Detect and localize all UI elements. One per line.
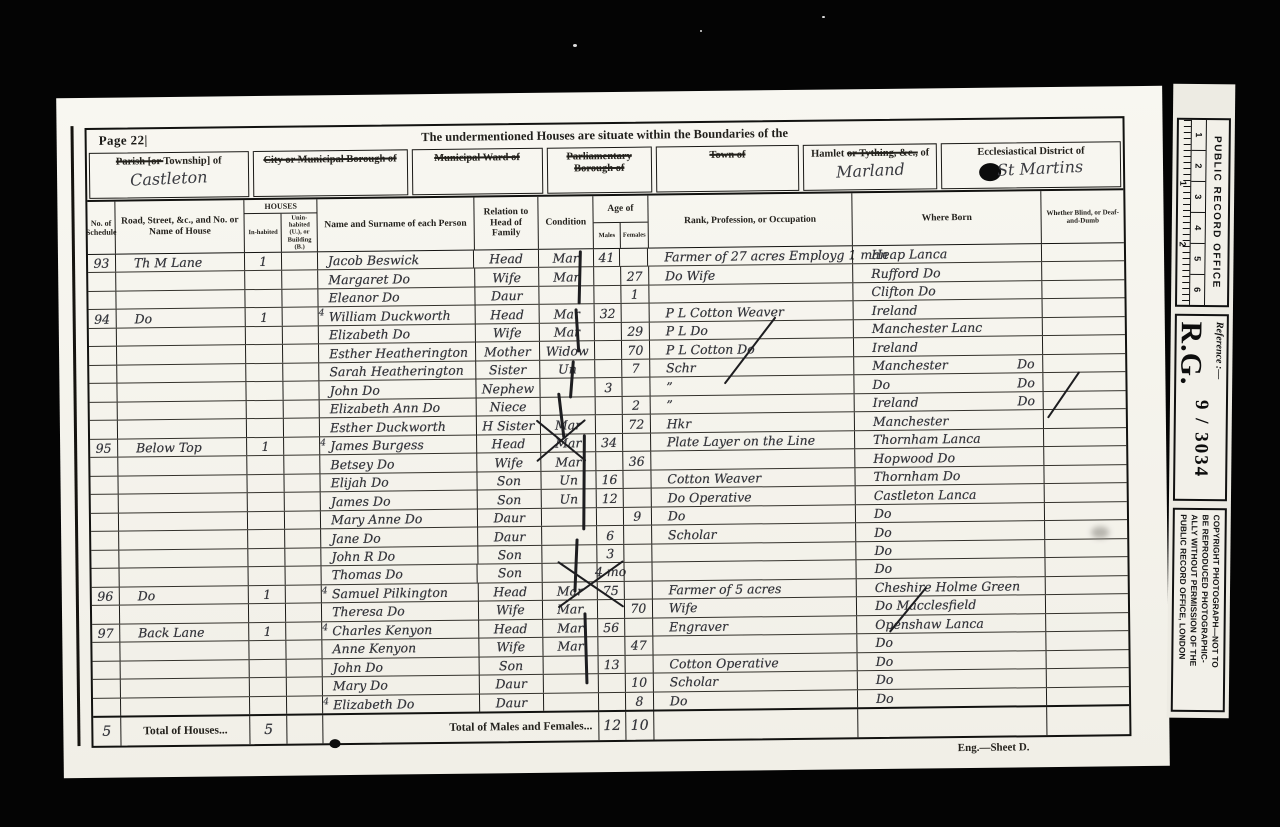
cell-schedule: 93 xyxy=(88,255,115,273)
cell-where-born: Manchester xyxy=(854,410,1043,430)
cell-relation: Wife xyxy=(474,324,539,342)
cell-name: John R Do xyxy=(320,546,477,565)
cell-name: Betsey Do xyxy=(319,454,476,473)
cell-road: Do xyxy=(119,586,249,605)
header-males: Males xyxy=(594,223,620,248)
cell-age-male xyxy=(594,323,621,341)
cell-uninhabited xyxy=(286,640,322,658)
cell-inhabited xyxy=(247,456,284,474)
cell-name: Elizabeth Do xyxy=(318,325,475,344)
person-name: Theresa Do xyxy=(332,604,405,620)
cell-schedule xyxy=(89,329,116,347)
cell-occupation: Plate Layer on the Line xyxy=(650,431,854,451)
cell-relation: Wife xyxy=(477,601,542,619)
birthplace: Do xyxy=(872,376,890,391)
cell-age-female xyxy=(621,378,649,396)
enumerator-mark: 4 xyxy=(322,586,328,596)
ruler-cm-number: 6 xyxy=(1190,274,1204,305)
cell-uninhabited xyxy=(285,548,321,566)
cell-uninhabited xyxy=(283,437,319,455)
cell-name: 4 Elizabeth Do xyxy=(322,694,479,713)
cell-age-female: 2 xyxy=(622,396,650,414)
cell-name: 4 Charles Kenyon xyxy=(321,620,478,639)
cell-condition: Un xyxy=(541,471,596,489)
person-name: Eleanor Do xyxy=(329,290,400,306)
cell-inhabited: 1 xyxy=(248,585,285,603)
cell-name: Esther Duckworth xyxy=(319,417,476,436)
boundary-field-label: Hamlet or Tything, &c., of xyxy=(811,147,929,160)
cell-road: Th M Lane xyxy=(115,253,245,272)
cell-where-born: Do xyxy=(856,558,1045,578)
cell-road xyxy=(117,456,247,475)
cell-schedule xyxy=(90,403,117,421)
cell-road xyxy=(116,364,246,383)
cell-schedule xyxy=(92,569,119,587)
cell-condition: Mar xyxy=(538,249,593,267)
cell-occupation: Schr xyxy=(649,357,853,377)
cell-infirm xyxy=(1045,539,1128,557)
person-name: Jacob Beswick xyxy=(328,252,419,268)
pro-office-title: PUBLIC RECORD OFFICE xyxy=(1204,120,1229,305)
ruler-cm-number: 1 xyxy=(1192,120,1206,150)
cell-relation: Wife xyxy=(476,453,541,471)
cell-age-male xyxy=(598,674,625,692)
cell-infirm xyxy=(1046,687,1129,705)
cell-uninhabited xyxy=(286,677,322,695)
totals-empty-cell xyxy=(653,709,858,739)
cell-where-born: Clifton Do xyxy=(852,281,1041,301)
cell-where-born: Castleton Lanca xyxy=(855,484,1044,504)
cell-road: Back Lane xyxy=(119,623,249,642)
totals-empty-cell xyxy=(1046,706,1129,735)
cell-age-male: 6 xyxy=(596,526,623,544)
boundary-field: Parliamentary Borough of xyxy=(546,147,652,194)
boundary-field-label: Parliamentary Borough of xyxy=(547,151,650,175)
cell-where-born: Do xyxy=(855,521,1044,541)
cell-schedule xyxy=(91,550,118,568)
cell-schedule xyxy=(91,513,118,531)
birthplace: Do xyxy=(876,672,894,687)
birthplace: Do xyxy=(876,691,894,706)
cell-where-born: Do xyxy=(856,632,1045,652)
cell-age-male xyxy=(593,267,620,285)
cell-age-female xyxy=(624,655,652,673)
cell-infirm xyxy=(1043,373,1126,391)
totals-schedule-margin: 5 xyxy=(93,718,120,746)
person-name: James Burgess xyxy=(330,437,424,453)
cell-occupation: Cotton Weaver xyxy=(650,468,854,488)
cell-age-female: 1 xyxy=(620,286,648,304)
birthplace: Do xyxy=(875,635,893,650)
cell-infirm xyxy=(1044,483,1127,501)
cell-where-born: Do xyxy=(857,651,1046,671)
reference-series: R.G. xyxy=(1178,321,1204,385)
cell-age-female xyxy=(623,544,651,562)
total-males-value: 12 xyxy=(598,712,625,740)
cell-schedule xyxy=(92,643,119,661)
cell-name: 4 William Duckworth xyxy=(318,306,475,325)
cell-inhabited xyxy=(249,659,286,677)
cell-age-female xyxy=(624,618,652,636)
cell-infirm xyxy=(1042,299,1125,317)
cell-infirm xyxy=(1045,613,1128,631)
birthplace: Ireland xyxy=(872,302,918,318)
cell-occupation: ” xyxy=(649,394,853,414)
cell-occupation: Scholar xyxy=(651,524,855,544)
cell-age-male xyxy=(594,341,621,359)
cell-inhabited xyxy=(245,327,282,345)
person-name: Elizabeth Do xyxy=(333,696,414,712)
cell-uninhabited xyxy=(284,474,320,492)
header-relation: Relation to Head of Family xyxy=(473,197,538,250)
cell-uninhabited xyxy=(282,363,318,381)
cell-occupation: P L Do xyxy=(649,320,853,340)
pen-stroke xyxy=(582,434,586,530)
cell-schedule xyxy=(88,273,115,291)
cell-inhabited xyxy=(246,419,283,437)
person-name: Elizabeth Ann Do xyxy=(330,400,440,416)
enumerator-mark: 4 xyxy=(322,623,328,633)
header-condition: Condition xyxy=(538,196,593,249)
cell-schedule xyxy=(91,495,118,513)
page-fold-line xyxy=(70,126,80,746)
cell-where-born: Heap Lanca xyxy=(852,244,1041,264)
birthplace: Do xyxy=(874,524,892,539)
cell-inhabited: 1 xyxy=(245,308,282,326)
cell-infirm xyxy=(1046,631,1129,649)
cell-condition: Un xyxy=(539,360,594,378)
total-females-value: 10 xyxy=(625,712,653,740)
cell-relation: Son xyxy=(477,546,542,564)
cell-condition xyxy=(543,693,598,711)
cell-uninhabited xyxy=(281,271,317,289)
cell-condition: Mar xyxy=(539,323,594,341)
cell-where-born: Ireland xyxy=(853,337,1042,357)
cell-infirm xyxy=(1045,594,1128,612)
cell-age-male xyxy=(597,637,624,655)
cell-name: 4 Samuel Pilkington xyxy=(321,583,478,602)
cell-condition: Mar xyxy=(538,268,593,286)
cell-schedule xyxy=(93,661,120,679)
cell-uninhabited xyxy=(286,659,322,677)
cell-uninhabited xyxy=(283,419,319,437)
cell-road xyxy=(118,567,248,586)
birthplace: Cheshire Holme Green xyxy=(875,578,1020,595)
cell-road xyxy=(117,475,247,494)
cell-infirm xyxy=(1043,410,1126,428)
header-females: Females xyxy=(620,223,648,248)
birthplace: Heap Lanca xyxy=(871,246,947,262)
ruler-inch-number: 1 xyxy=(1178,181,1188,186)
person-name: Mary Anne Do xyxy=(331,511,422,527)
cell-name: Sarah Heatherington xyxy=(318,361,475,380)
ruler-cm-number: 5 xyxy=(1190,243,1204,274)
boundary-field: Town of xyxy=(656,145,800,193)
enumerator-mark: 4 xyxy=(323,697,329,707)
cell-infirm xyxy=(1041,243,1124,261)
cell-age-male xyxy=(595,397,622,415)
birthplace: Do xyxy=(876,654,894,669)
cell-where-born: Do xyxy=(857,669,1046,689)
cell-condition xyxy=(540,379,595,397)
cell-where-born: Cheshire Holme Green xyxy=(856,577,1045,597)
cell-inhabited xyxy=(248,567,285,585)
cell-age-male xyxy=(594,360,621,378)
person-name: Margaret Do xyxy=(328,271,410,287)
cell-uninhabited xyxy=(281,252,317,270)
cell-road xyxy=(116,346,246,365)
cell-relation: Niece xyxy=(475,398,540,416)
cell-inhabited: 1 xyxy=(249,622,286,640)
ink-blot xyxy=(329,739,340,748)
cell-occupation xyxy=(651,542,855,562)
cell-infirm xyxy=(1042,354,1125,372)
pro-reference-strip: PUBLIC RECORD OFFICE 123456 12 Reference… xyxy=(1167,84,1236,719)
cell-age-male: 13 xyxy=(598,656,625,674)
cell-uninhabited xyxy=(282,326,318,344)
birthplace: Hopwood Do xyxy=(873,450,955,466)
cell-age-female: 70 xyxy=(621,341,649,359)
ruler-ticks: 12 xyxy=(1177,120,1192,305)
photograph-background: Page 22| The undermentioned Houses are s… xyxy=(0,0,1280,827)
cell-inhabited xyxy=(247,493,284,511)
cell-occupation: Cotton Operative xyxy=(652,653,856,673)
cell-occupation: ” xyxy=(649,376,853,396)
person-name: Sarah Heatherington xyxy=(329,363,463,380)
cell-name: Mary Do xyxy=(322,676,479,695)
boundary-field-value: St Martins xyxy=(979,156,1084,180)
cell-schedule xyxy=(91,532,118,550)
cell-inhabited xyxy=(246,401,283,419)
cell-condition: Widow xyxy=(539,342,594,360)
cell-infirm xyxy=(1044,465,1127,483)
ruler-cm-number: 3 xyxy=(1191,181,1205,212)
cell-inhabited xyxy=(248,604,285,622)
ink-blot xyxy=(979,162,1002,181)
cell-road xyxy=(115,290,245,309)
cell-infirm xyxy=(1045,557,1128,575)
cell-schedule xyxy=(90,458,117,476)
cell-where-born: Thornham Lanca xyxy=(854,429,1043,449)
cell-age-male: 56 xyxy=(597,619,624,637)
cell-where-born: Rufford Do xyxy=(852,263,1041,283)
cell-inhabited xyxy=(247,475,284,493)
cell-name: Elizabeth Ann Do xyxy=(319,398,476,417)
birthplace: Thornham Lanca xyxy=(873,431,981,447)
ruler-cm-number: 4 xyxy=(1191,212,1205,243)
cell-age-male xyxy=(595,415,622,433)
cell-age-female xyxy=(623,526,651,544)
birthplace: Ireland xyxy=(873,395,919,411)
cell-inhabited: 1 xyxy=(246,438,283,456)
cell-uninhabited xyxy=(282,289,318,307)
cell-occupation: P L Cotton Weaver xyxy=(648,302,852,322)
cell-road xyxy=(119,641,249,660)
cell-schedule xyxy=(92,606,119,624)
cell-name: Theresa Do xyxy=(321,602,478,621)
total-houses-value: 5 xyxy=(250,716,287,744)
cell-name: Elijah Do xyxy=(320,472,477,491)
birthplace: Do Macclesfield xyxy=(875,597,976,613)
cell-age-female xyxy=(622,470,650,488)
cell-schedule xyxy=(90,476,117,494)
person-name: Betsey Do xyxy=(330,456,394,472)
cell-schedule: 96 xyxy=(92,587,119,605)
cell-road: Below Top xyxy=(117,438,247,457)
cell-occupation: Farmer of 5 acres xyxy=(652,579,856,599)
boundary-field: City or Municipal Borough of xyxy=(252,149,407,197)
cell-uninhabited xyxy=(284,511,320,529)
pro-reference-box: Reference :— R.G. 9 / 3034 xyxy=(1173,313,1229,500)
birthplace: Manchester xyxy=(872,357,948,373)
cell-condition: Mar xyxy=(543,637,598,655)
ruler-inch-number: 2 xyxy=(1178,242,1188,247)
cell-condition xyxy=(542,563,597,581)
cell-inhabited xyxy=(245,271,282,289)
cell-relation: Head xyxy=(473,250,538,268)
cell-age-female: 27 xyxy=(620,267,648,285)
cell-age-female: 29 xyxy=(621,323,649,341)
person-name: Charles Kenyon xyxy=(332,622,432,638)
cell-age-female xyxy=(624,581,652,599)
person-name: Jane Do xyxy=(331,530,381,546)
birthplace-ditto: Do xyxy=(1017,375,1035,390)
cell-inhabited xyxy=(249,678,286,696)
totals-empty-cell xyxy=(857,707,1047,737)
person-name: Mary Do xyxy=(333,678,388,694)
cell-age-female xyxy=(623,563,651,581)
person-name: John R Do xyxy=(331,548,395,564)
cell-inhabited xyxy=(248,530,285,548)
cell-name: Jacob Beswick xyxy=(317,251,473,270)
cell-age-male: 12 xyxy=(596,489,623,507)
cell-name: James Do xyxy=(320,491,477,510)
cell-occupation: Do xyxy=(651,505,855,525)
header-uninhabited: Unin-habited (U.), or Building (B.) xyxy=(281,213,317,251)
birthplace: Thornham Do xyxy=(873,468,960,484)
copyright-text-line: PUBLIC RECORD OFFICE, LONDON xyxy=(1175,514,1188,705)
cell-relation: Daur xyxy=(478,693,543,711)
cell-name: 4 James Burgess xyxy=(319,435,476,454)
cell-infirm xyxy=(1044,447,1127,465)
cell-road xyxy=(118,549,248,568)
cell-schedule xyxy=(89,347,116,365)
cell-schedule xyxy=(93,698,120,716)
cell-uninhabited xyxy=(285,567,321,585)
person-name: Anne Kenyon xyxy=(332,641,416,657)
cell-condition xyxy=(543,656,598,674)
cell-road xyxy=(116,327,246,346)
header-road: Road, Street, &c., and No. or Name of Ho… xyxy=(114,200,244,253)
cell-where-born: Manchester Do xyxy=(853,355,1042,375)
film-speck xyxy=(822,16,825,18)
person-name: Samuel Pilkington xyxy=(332,585,448,601)
birthplace: Manchester xyxy=(873,413,949,429)
cell-road xyxy=(119,604,249,623)
cell-age-female: 36 xyxy=(622,452,650,470)
pro-copyright-box: COPYRIGHT PHOTOGRAPH—NOT TOBE REPRODUCED… xyxy=(1171,507,1227,712)
cell-schedule xyxy=(89,384,116,402)
cell-road xyxy=(116,383,246,402)
cell-inhabited xyxy=(247,512,284,530)
cell-relation: Head xyxy=(474,305,539,323)
cell-uninhabited xyxy=(285,585,321,603)
cell-age-female: 7 xyxy=(621,359,649,377)
boundary-field: Parish [or Township] ofCastleton xyxy=(89,151,249,199)
birthplace: Do xyxy=(874,543,892,558)
boundary-field-label: Town of xyxy=(709,149,745,161)
cell-road xyxy=(117,401,247,420)
census-form: Page 22| The undermentioned Houses are s… xyxy=(85,116,1132,748)
cell-age-female: 10 xyxy=(625,674,653,692)
birthplace-ditto: Do xyxy=(1017,356,1035,371)
cell-condition: Mar xyxy=(539,305,594,323)
cell-age-male: 34 xyxy=(595,434,622,452)
cell-condition xyxy=(542,545,597,563)
cell-where-born: Ireland xyxy=(853,300,1042,320)
cell-infirm xyxy=(1043,428,1126,446)
cell-name: John Do xyxy=(322,657,479,676)
cell-inhabited xyxy=(249,696,286,714)
cell-name: Thomas Do xyxy=(321,565,478,584)
cell-relation: Head xyxy=(477,583,542,601)
cell-inhabited: 1 xyxy=(244,253,281,271)
person-name: William Duckworth xyxy=(329,308,451,324)
cell-age-male: 32 xyxy=(594,304,621,322)
cell-schedule: 94 xyxy=(89,310,116,328)
enumerator-mark: 4 xyxy=(320,438,326,448)
cell-where-born: Do xyxy=(857,688,1046,708)
header-inhabited: In-habited xyxy=(245,214,281,252)
cell-age-male: 3 xyxy=(594,378,621,396)
cell-age-female: 9 xyxy=(623,507,651,525)
cell-road xyxy=(120,697,250,716)
cell-uninhabited xyxy=(285,622,321,640)
cell-uninhabited xyxy=(282,308,318,326)
cell-where-born: Ireland Do xyxy=(854,392,1043,412)
cell-where-born: Do xyxy=(855,503,1044,523)
cell-inhabited xyxy=(248,548,285,566)
boundary-field: Municipal Ward of xyxy=(411,148,543,195)
person-name: Elijah Do xyxy=(331,475,389,491)
cell-age-male xyxy=(596,508,623,526)
boundary-field-label: City or Municipal Borough of xyxy=(263,153,396,166)
cell-inhabited xyxy=(245,345,282,363)
boundary-field-label: Municipal Ward of xyxy=(434,152,520,165)
cell-relation: Wife xyxy=(478,638,543,656)
cell-age-female: 47 xyxy=(624,637,652,655)
cell-where-born: Hopwood Do xyxy=(854,447,1043,467)
cell-age-male xyxy=(593,286,620,304)
person-name: Elizabeth Do xyxy=(329,326,410,342)
person-name: Esther Duckworth xyxy=(330,418,446,434)
header-houses-group: HOUSES In-habited Unin-habited (U.), or … xyxy=(244,199,317,252)
cell-name: Margaret Do xyxy=(317,269,474,288)
cell-uninhabited xyxy=(284,530,320,548)
header-infirm: Whether Blind, or Deaf-and-Dumb xyxy=(1041,190,1124,243)
cell-where-born: Do Do xyxy=(853,374,1042,394)
cell-relation: Sister xyxy=(475,361,540,379)
header-where-born: Where Born xyxy=(851,191,1041,245)
cell-condition: Mar xyxy=(540,453,595,471)
cell-road xyxy=(117,420,247,439)
cell-occupation: Do Operative xyxy=(650,487,854,507)
birthplace: Do xyxy=(874,506,892,521)
cell-relation: Wife xyxy=(474,268,539,286)
cell-relation: Mother xyxy=(474,342,539,360)
cell-where-born: Do xyxy=(855,540,1044,560)
boundary-field-value: Marland xyxy=(836,159,906,181)
